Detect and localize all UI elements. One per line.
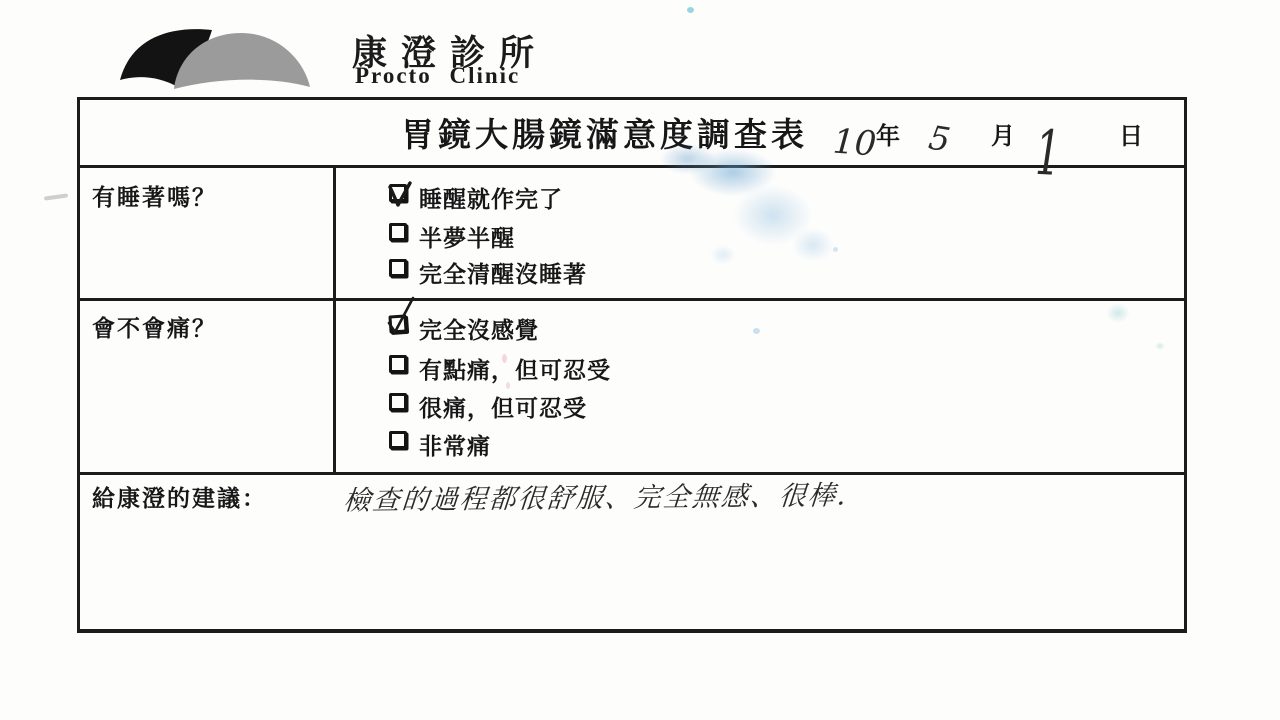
clinic-name-en: Procto Clinic xyxy=(355,63,520,89)
clinic-logo-icon xyxy=(112,16,334,96)
option-q1-opt2-label: 半夢半醒 xyxy=(419,220,515,253)
checkbox-q1-opt2[interactable] xyxy=(389,223,407,241)
row-divider xyxy=(77,165,1187,168)
column-divider xyxy=(333,165,336,472)
date-month-label: 月 xyxy=(991,116,1015,151)
date-day-label: 日 xyxy=(1119,116,1143,151)
option-q2-opt2-label: 有點痛，但可忍受 xyxy=(419,352,611,385)
scanned-survey-form: 康澄診所 Procto Clinic 胃鏡大腸鏡滿意度調查表 10 年 5 月 … xyxy=(0,0,1280,720)
date-year-label: 年 xyxy=(876,116,900,151)
row-divider xyxy=(77,472,1187,475)
option-q2-opt3-label: 很痛，但可忍受 xyxy=(419,390,587,423)
question-2-label: 會不會痛？ xyxy=(92,310,217,343)
checkbox-q1-opt3[interactable] xyxy=(389,259,407,277)
checkbox-q2-opt2[interactable] xyxy=(389,355,407,373)
checkbox-q2-opt4[interactable] xyxy=(389,431,407,449)
date-day-handwritten: 1 xyxy=(1034,118,1061,191)
option-q1-opt1-label: 睡醒就作完了 xyxy=(419,181,563,214)
form-title: 胃鏡大腸鏡滿意度調查表 xyxy=(401,109,808,156)
option-q1-opt3-label: 完全清醒沒睡著 xyxy=(419,256,587,289)
ink-speck xyxy=(687,7,694,13)
option-q2-opt1-label: 完全沒感覺 xyxy=(419,312,539,345)
date-year-handwritten: 10 xyxy=(832,122,878,165)
checkbox-q2-opt1[interactable] xyxy=(388,314,407,333)
pencil-mark xyxy=(44,193,68,200)
form-table-border xyxy=(77,97,1187,633)
option-q2-opt4-label: 非常痛 xyxy=(419,428,491,461)
suggestion-label: 給康澄的建議： xyxy=(92,480,267,513)
checkbox-q1-opt1[interactable] xyxy=(389,184,407,202)
checkbox-q2-opt3[interactable] xyxy=(389,393,407,411)
question-1-label: 有睡著嗎？ xyxy=(92,179,217,212)
suggestion-handwritten-text: 檢查的過程都很舒服、完全無感、很棒. xyxy=(342,473,849,517)
row-divider xyxy=(77,298,1187,301)
